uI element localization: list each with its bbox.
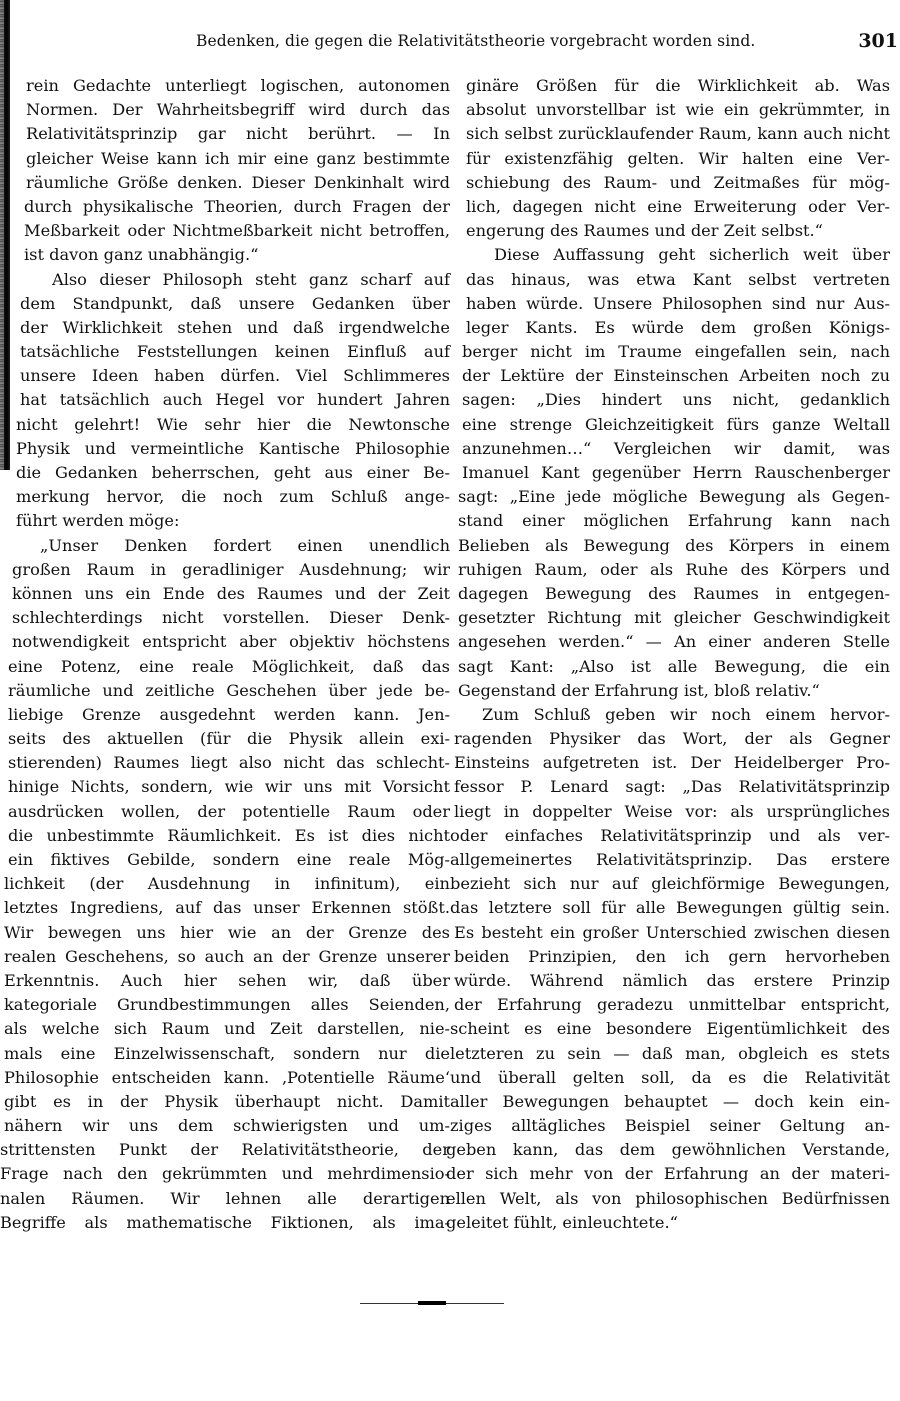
text-line: gibt es in der Physik überhaupt nicht. D… [4,1090,450,1114]
book-gutter-texture [0,0,4,470]
text-line: stand einer möglichen Erfahrung kann nac… [458,509,890,533]
text-line: allgemeinertes Relativitätsprinzip. Das … [450,848,890,872]
text-line: ist davon ganz unabhängig.“ [24,243,450,267]
text-line: ein fiktives Gebilde, sondern eine reale… [8,848,450,872]
text-line: rein Gedachte unterliegt logischen, auto… [26,74,450,98]
text-line: notwendigkeit entspricht aber objektiv h… [12,630,450,654]
text-line: liegt in doppelter Weise vor: als ursprü… [454,800,890,824]
paragraph-start-line: Also dieser Philosoph steht ganz scharf … [24,268,450,292]
text-line: Einsteins aufgetreten ist. Der Heidelber… [454,751,890,775]
text-line: Gegenstand der Erfahrung ist, bloß relat… [458,679,890,703]
text-line: das hinaus, was etwa Kant selbst vertret… [466,268,890,292]
text-line: seits des aktuellen (für die Physik alle… [8,727,450,751]
text-line: haben würde. Unsere Philosophen sind nur… [466,292,890,316]
text-line: hat tatsächlich auch Hegel vor hundert J… [20,388,450,412]
text-line: anzunehmen…“ Vergleichen wir damit, was [462,437,890,461]
text-line: schlechterdings nicht vorstellen. Dieser… [12,606,450,630]
text-line: schiebung des Raum- und Zeitmaßes für mö… [466,171,890,195]
text-line: absolut unvorstellbar ist wie ein gekrüm… [466,98,890,122]
text-line: dagegen Bewegung des Raumes in entgegen- [458,582,890,606]
text-line: Es besteht ein großer Unterschied zwisch… [454,921,890,945]
text-line: als welche sich Raum und Zeit darstellen… [4,1017,450,1041]
text-line: das letztere soll für alle Bewegungen gü… [450,896,890,920]
text-line: ellen Welt, als von philosophischen Bedü… [446,1187,890,1211]
text-line: hinige Nichts, sondern, wie wir uns mit … [8,775,450,799]
text-line: strittensten Punkt der Relativitätstheor… [0,1138,450,1162]
text-line: führt werden möge: [16,509,450,533]
text-line: für existenzfähig gelten. Wir halten ein… [466,147,890,171]
text-line: berger nicht im Traume eingefallen sein,… [462,340,890,364]
text-line: ginäre Größen für die Wirklichkeit ab. W… [466,74,890,98]
text-line: letzteren zu sein — daß man, obgleich es… [450,1042,890,1066]
text-line: letztes Ingrediens, auf das unser Erkenn… [4,896,450,920]
text-line: Physik und vermeintliche Kantische Philo… [16,437,450,461]
text-line: merkung hervor, die noch zum Schluß ange… [16,485,450,509]
page-number: 301 [858,30,898,52]
text-line: sagt Kant: „Also ist alle Bewegung, die … [458,655,890,679]
text-line: der Lektüre der Einsteinschen Arbeiten n… [462,364,890,388]
text-line: ausdrücken wollen, der potentielle Raum … [8,800,450,824]
text-line: der Erfahrung geradezu unmittelbar entsp… [454,993,890,1017]
text-line: lichkeit (der Ausdehnung in infinitum), … [4,872,450,896]
text-line: oder einfaches Relativitätsprinzip und a… [450,824,890,848]
running-head: Bedenken, die gegen die Relativitätstheo… [0,30,900,60]
right-column: ginäre Größen für die Wirklichkeit ab. W… [466,74,890,1235]
text-line: können uns ein Ende des Raumes und der Z… [12,582,450,606]
text-line: Philosophie entscheiden kann. ‚Potentiel… [4,1066,450,1090]
ornament-rule-left [360,1303,418,1304]
text-line: Imanuel Kant gegenüber Herrn Rauschenber… [462,461,890,485]
text-line: beiden Prinzipien, den ich gern hervorhe… [454,945,890,969]
text-line: Frage nach den gekrümmten und mehrdimens… [0,1162,450,1186]
text-line: engerung des Raumes und der Zeit selbst.… [466,219,890,243]
text-line: die Gedanken beherrschen, geht aus einer… [16,461,450,485]
running-title: Bedenken, die gegen die Relativitätstheo… [196,32,755,50]
text-line: ragenden Physiker das Wort, der als Gegn… [454,727,890,751]
text-line: kategoriale Grundbestimmungen alles Seie… [4,993,450,1017]
text-line: geleitet fühlt, einleuchtete.“ [446,1211,890,1235]
text-line: fessor P. Lenard sagt: „Das Relativitäts… [454,775,890,799]
text-line: ruhigen Raum, oder als Ruhe des Körpers … [458,558,890,582]
ornament-rule-center [418,1301,446,1305]
text-line: der Wirklichkeit stehen und daß irgendwe… [20,316,450,340]
text-line: Relativitätsprinzip gar nicht berührt. —… [26,122,450,146]
text-line: großen Raum in geradliniger Ausdehnung; … [12,558,450,582]
text-line: würde. Während nämlich das erstere Prinz… [454,969,890,993]
text-line: Meßbarkeit oder Nichtmeßbarkeit nicht be… [24,219,450,243]
text-line: der sich mehr von der Erfahrung an der m… [446,1162,890,1186]
text-line: mals eine Einzelwissenschaft, sondern nu… [4,1042,450,1066]
text-line: leger Kants. Es würde dem großen Königs- [466,316,890,340]
text-line: Wir bewegen uns hier wie an der Grenze d… [4,921,450,945]
text-line: bezieht sich nur auf gleichförmige Beweg… [450,872,890,896]
text-line: dem Standpunkt, daß unsere Gedanken über [20,292,450,316]
text-line: nähern wir uns dem schwierigsten und um- [4,1114,450,1138]
text-line: ziges alltägliches Beispiel seiner Geltu… [450,1114,890,1138]
text-line: durch physikalische Theorien, durch Frag… [24,195,450,219]
text-line: unsere Ideen haben dürfen. Viel Schlimme… [20,364,450,388]
text-line: liebige Grenze ausgedehnt werden kann. J… [8,703,450,727]
text-line: die unbestimmte Räumlichkeit. Es ist die… [8,824,450,848]
paragraph-start-line: Diese Auffassung geht sicherlich weit üb… [466,243,890,267]
ornament-rule-right [446,1303,504,1304]
text-line: aller Bewegungen behauptet — doch kein e… [450,1090,890,1114]
text-line: sagt: „Eine jede mögliche Bewegung als G… [458,485,890,509]
text-line: nalen Räumen. Wir lehnen alle derartigen [0,1187,450,1211]
text-line: sagen: „Dies hindert uns nicht, gedankli… [462,388,890,412]
text-line: und überall gelten soll, da es die Relat… [450,1066,890,1090]
text-line: gesetzter Richtung mit gleicher Geschwin… [458,606,890,630]
text-line: räumliche Größe denken. Dieser Denkinhal… [26,171,450,195]
text-line: angesehen werden.“ — An einer anderen St… [458,630,890,654]
text-line: sich selbst zurücklaufender Raum, kann a… [466,122,890,146]
text-line: eine strenge Gleichzeitigkeit fürs ganze… [462,413,890,437]
text-line: lich, dagegen nicht eine Erweiterung ode… [466,195,890,219]
section-end-ornament [360,1301,504,1307]
text-line: geben kann, das dem gewöhnlichen Verstan… [446,1138,890,1162]
text-line: gleicher Weise kann ich mir eine ganz be… [26,147,450,171]
paragraph-start-line: Zum Schluß geben wir noch einem hervor- [454,703,890,727]
text-line: Normen. Der Wahrheitsbegriff wird durch … [26,98,450,122]
text-line: Begriffe als mathematische Fiktionen, al… [0,1211,450,1235]
text-line: Erkenntnis. Auch hier sehen wir, daß übe… [4,969,450,993]
text-line: eine Potenz, eine reale Möglichkeit, daß… [8,655,450,679]
quote-start-line: „Unser Denken fordert einen unendlich [12,534,450,558]
text-line: realen Geschehens, so auch an der Grenze… [4,945,450,969]
text-line: nicht gelehrt! Wie sehr hier die Newtons… [16,413,450,437]
text-line: Belieben als Bewegung des Körpers in ein… [458,534,890,558]
text-line: tatsächliche Feststellungen keinen Einfl… [20,340,450,364]
text-line: stierenden) Raumes liegt also nicht das … [8,751,450,775]
left-column: rein Gedachte unterliegt logischen, auto… [26,74,450,1235]
text-line: räumliche und zeitliche Geschehen über j… [8,679,450,703]
text-line: scheint es eine besondere Eigentümlichke… [450,1017,890,1041]
